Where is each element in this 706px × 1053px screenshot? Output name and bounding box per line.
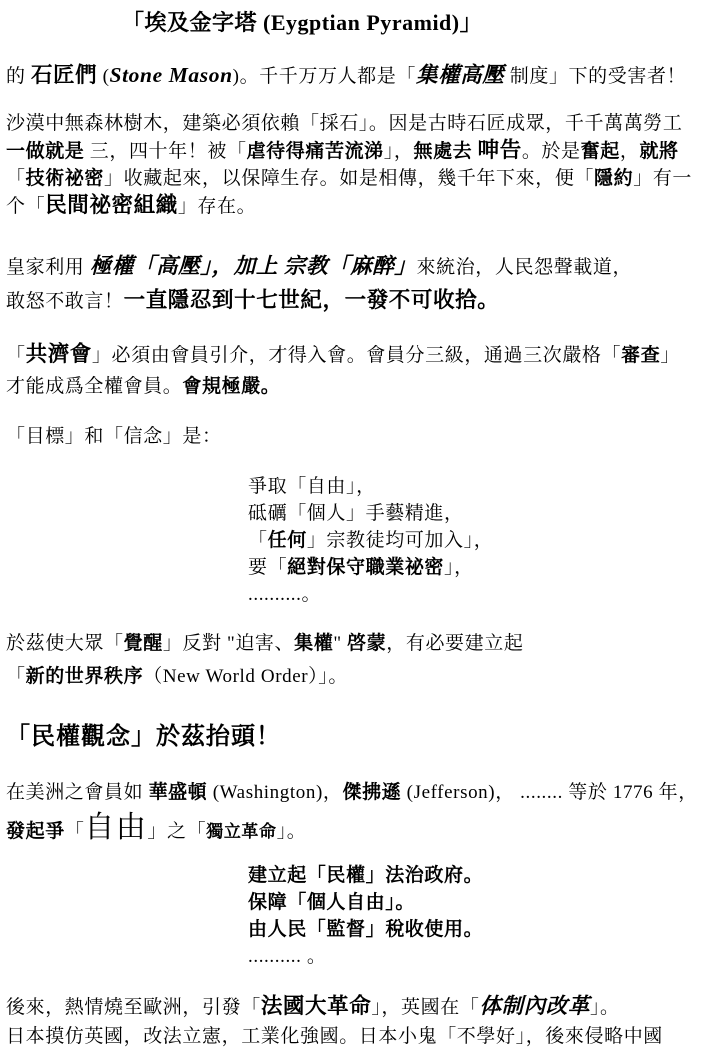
emphasis-term: 新的世界秩序 [26,666,144,687]
text-segment: 」，英國在「 [371,997,479,1018]
emphasis-term: 啓蒙 [347,633,386,654]
emphasis-term: 自由 [84,811,147,844]
paragraph-europe-revolutions: 後來，熱情燒至歐洲，引發「法國大革命」，英國在「体制內改革」。 日本摸仿英國，改… [6,992,663,1051]
emphasis-term: 覺醒 [124,633,163,654]
emphasis-term: 呻告 [478,138,522,162]
text-segment: 」。 [385,892,415,913]
text-segment: 「 [248,530,268,551]
list-item: 由人民「監督」稅收使用。 [248,916,483,943]
emphasis-term: 審查 [621,345,660,366]
text-segment: 敢怒不敢言！ [6,291,124,312]
emphasis-term: 一做就是 [6,141,84,162]
text-segment: ， [620,141,640,162]
text-segment: 皇家利用 [6,257,90,278]
text-segment: 砥礪「個人」手藝精進， [248,503,464,524]
emphasis-term: 獨立革命 [206,822,276,841]
text-segment: 」宗教徒均可加入」， [307,530,494,551]
text-segment: " [333,633,347,654]
text-segment: .......... 。 [248,946,326,967]
emphasis-term: 集權高壓 [416,63,504,87]
list-goals-beliefs: 爭取「自由」， 砥礪「個人」手藝精進， 「任何」宗教徒均可加入」， 要「絕對保守… [248,473,493,608]
heading-civil-rights: 「民權觀念」於茲抬頭！ [6,716,281,751]
text-segment: 爭取「自由」， [248,476,376,497]
text-segment: 」法治政府。 [366,865,484,886]
text-segment: 」。 [590,997,620,1018]
emphasis-term: 發起爭 [6,821,65,842]
emphasis-term: 法國大革命 [261,994,372,1018]
list-item: 建立起「民權」法治政府。 [248,862,483,889]
emphasis-term: 無處去 [413,141,477,162]
emphasis-term: 技術祕密 [26,168,104,189]
emphasis-term: 任何 [268,530,307,551]
text-segment: )。千千万万人都是「 [233,66,416,87]
text-segment: 「 [6,666,26,687]
list-item: 砥礪「個人」手藝精進， [248,500,493,527]
emphasis-term: 体制內改革 [479,994,590,1018]
text-segment: ，有必要建立起 [386,633,523,654]
emphasis-term: 就將 [639,141,678,162]
text-segment: 要「 [248,557,287,578]
document-title: 「埃及金字塔 (Eygptian Pyramid)」 [122,6,482,37]
ellipsis-line: .......... 。 [248,943,483,970]
text-segment: 後來，熱情燒至歐洲，引發「 [6,997,261,1018]
text-segment: 制度」下的受害者！ [504,66,686,87]
paragraph-freemason-membership: 「共濟會」必須由會員引介，才得入會。會員分三級，通過三次嚴格「審查」 才能成爲全… [6,339,680,402]
text-segment: 个「 [6,196,45,217]
emphasis-term: 監督 [326,919,365,940]
text-segment: 「 [6,168,26,189]
paragraph-royal-oppression: 皇家利用 極權「高壓」，加上 宗教「麻醉」來統治，人民怨聲載道， 敢怒不敢言！一… [6,250,632,318]
text-segment: 「 [6,345,26,366]
text-segment: ( [97,66,109,87]
emphasis-term: 石匠們 [31,63,97,87]
text-segment: 」必須由會員引介，才得入會。會員分三級，通過三次嚴格「 [92,345,621,366]
emphasis-term-latin: Stone Mason [110,63,233,87]
text-segment: 」有一 [633,168,692,189]
emphasis-term: 極權「高壓」，加上 宗教「麻醉」 [90,254,417,278]
text-segment: ..........。 [248,584,321,605]
emphasis-term: 華盛頓 [149,782,208,803]
text-segment: 「 [6,724,31,750]
text-segment: 」 [660,345,680,366]
list-item: 保障「個人自由」。 [248,889,483,916]
text-segment: 於茲使大眾「 [6,633,124,654]
emphasis-term: 一直隱忍到十七世紀，一發不可收拾。 [124,288,500,312]
text-segment: 」反對 "迫害、 [163,633,294,654]
list-item: 要「絕對保守職業祕密」， [248,554,493,581]
text-segment: （New World Order）」。 [143,666,348,687]
paragraph-american-revolution: 在美洲之會員如 華盛頓 (Washington)，傑拂遜 (Jefferson)… [6,779,698,849]
emphasis-term: 會規極嚴。 [182,376,280,397]
emphasis-term: 民間祕密組織 [45,193,178,217]
text-segment: 」， [444,557,474,578]
text-segment: 沙漠中無森林樹木，建築必須依賴「採石」。因是古時石匠成眾，千千萬萬勞工 [6,113,683,134]
line-goals-intro: 「目標」和「信念」是： [6,421,222,448]
text-segment: 」。 [277,821,307,842]
emphasis-term: 集權 [294,633,333,654]
text-segment: 」於茲抬頭！ [131,724,281,750]
text-segment: 三，四十年！被「 [84,141,246,162]
ellipsis-line: ..........。 [248,581,493,608]
emphasis-term: 傑拂遜 [342,782,401,803]
text-segment: 「 [65,821,85,842]
emphasis-term: 虐待得痛苦流涕 [247,141,384,162]
paragraph-stone-masons: 的 石匠們 (Stone Mason)。千千万万人都是「集權高壓 制度」下的受害… [6,58,686,94]
emphasis-term: 隱約 [594,168,633,189]
text-segment: 日本摸仿英國，改法立憲，工業化強國。日本小鬼「不學好」，後來侵略中國 [6,1026,663,1047]
paragraph-awakening: 於茲使大眾「覺醒」反對 "迫害、集權" 啓蒙，有必要建立起 「新的世界秩序（Ne… [6,627,523,693]
list-item: 「任何」宗教徒均可加入」， [248,527,493,554]
emphasis-term: 民權 [326,865,365,886]
emphasis-term: 民權觀念 [31,724,131,750]
emphasis-term: 奮起 [581,141,620,162]
text-segment: (Washington)， [207,782,342,803]
emphasis-term: 絕對保守職業祕密 [287,557,444,578]
text-segment: 」， [384,141,414,162]
text-segment: 由人民「 [248,919,326,940]
emphasis-term: 個人自由 [307,892,385,913]
text-segment: 才能成爲全權會員。 [6,376,182,397]
list-item: 爭取「自由」， [248,473,493,500]
text-segment: 。於是 [522,141,581,162]
text-segment: 的 [6,66,31,87]
text-segment: 」之「 [147,821,206,842]
text-segment: (Jefferson)， ........ 等於 1776 年， [401,782,698,803]
text-segment: 保障「 [248,892,307,913]
list-government-principles: 建立起「民權」法治政府。 保障「個人自由」。 由人民「監督」稅收使用。 ....… [248,862,483,970]
text-segment: 建立起「 [248,865,326,886]
text-segment: 」存在。 [178,196,256,217]
emphasis-term: 共濟會 [26,342,92,366]
text-segment: 」收藏起來，以保障生存。如是相傳，幾千年下來，便「 [104,168,594,189]
text-segment: 來統治，人民怨聲載道， [417,257,633,278]
text-segment: 在美洲之會員如 [6,782,149,803]
scanned-document-page: 「埃及金字塔 (Eygptian Pyramid)」 的 石匠們 (Stone … [0,0,706,1053]
text-segment: 」稅收使用。 [366,919,484,940]
paragraph-desert-quarry: 沙漠中無森林樹木，建築必須依賴「採石」。因是古時石匠成眾，千千萬萬勞工 一做就是… [6,110,692,220]
